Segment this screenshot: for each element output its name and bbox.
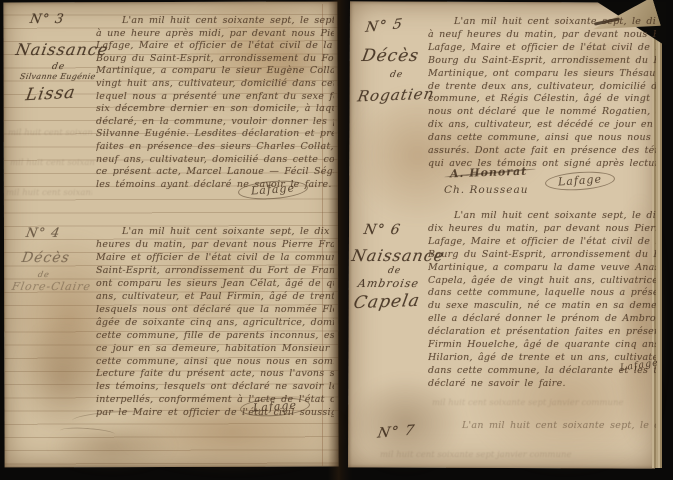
manuscript-line: ce jour en sa demeure, habitation Monsie… — [96, 343, 334, 356]
binding-gutter — [328, 0, 352, 480]
manuscript-line: à une heure après midi, par devant nous … — [96, 28, 334, 41]
entry-name-small: Silvanne Eugénie — [19, 72, 96, 81]
manuscript-line: heures du matin, par devant nous Pierre … — [96, 239, 334, 252]
mayor-signature: Lafage — [238, 181, 308, 199]
manuscript-line: du sexe masculin, né ce matin en sa deme… — [428, 300, 656, 313]
manuscript-line: Firmin Houelche, âgé de quarante cinq an… — [428, 339, 656, 352]
signature-flourish: Lafage — [239, 396, 310, 419]
act-paragraph: L'an mil huit cent soixante sept, le dix… — [436, 420, 656, 433]
manuscript-line: assurés. Dont acte fait en présence des … — [428, 145, 656, 158]
manuscript-line: âgée de soixante cinq ans, agricultrice,… — [96, 317, 334, 330]
manuscript-line: L'an mil huit cent soixante sept, le dix… — [436, 420, 656, 433]
manuscript-line: L'an mil huit cent soixante sept, le dix… — [428, 16, 656, 29]
manuscript-line: nous ont déclaré que le nommé Rogatien, … — [428, 106, 656, 119]
entry-name-small: Flore-Claire — [11, 280, 92, 293]
manuscript-line: Maire et officier de l'état civil de la … — [96, 252, 334, 265]
manuscript-line: Martinique, a comparu le sieur Eugène Co… — [96, 65, 334, 78]
entry-de-label: de — [387, 266, 402, 276]
manuscript-line: à neuf heures du matin, par devant nous … — [428, 29, 656, 42]
manuscript-line: faites en présence des sieurs Charles Co… — [96, 141, 334, 154]
ink-bleed-through: mil huit cent soixante sept janvier comm… — [6, 188, 92, 198]
manuscript-line: six décembre dernier en son domicile, à … — [96, 103, 334, 116]
ink-bleed-through: mil huit cent soixante sept janvier comm… — [10, 158, 94, 168]
entry-number: N° 3 — [29, 12, 66, 27]
manuscript-line: L'an mil huit cent soixante sept, le sep… — [96, 15, 334, 28]
manuscript-line: déclaré ne savoir le faire. — [428, 378, 656, 391]
signature-flourish: Lafage — [237, 179, 308, 202]
manuscript-line: dix heures du matin, par devant nous Pie… — [428, 223, 656, 236]
manuscript-line: déclaré, en la commune, vouloir donner l… — [96, 116, 334, 129]
act-paragraph: L'an mil huit cent soixante sept, le dix… — [428, 16, 656, 171]
ink-bleed-through: mil huit cent soixante sept janvier comm… — [432, 398, 632, 408]
entry-type-label: Décès — [360, 46, 421, 66]
manuscript-line: dans cette commune, ainsi que nous nous … — [428, 132, 656, 145]
manuscript-line: Lafage, Maire et officier de l'état civi… — [96, 40, 334, 53]
manuscript-line: Lafage, Maire et officier de l'état civi… — [428, 42, 656, 55]
entry-name-small: Ambroise — [357, 277, 420, 290]
manuscript-line: déclaration et présentation faites en pr… — [428, 326, 656, 339]
manuscript-line: Silvanne Eugénie. Lesdites déclaration e… — [96, 128, 334, 141]
manuscript-line: ans, cultivateur, et Paul Firmin, âgé de… — [96, 291, 334, 304]
manuscript-line: Bourg du Saint-Esprit, arrondissement du… — [428, 249, 656, 262]
manuscript-line: Martinique, ont comparu les sieurs Thésa… — [428, 68, 656, 81]
manuscript-line: lequel nous a présenté une enfant du sex… — [96, 91, 334, 104]
manuscript-line: ce présent acte, Marcel Lanoue — Fécil S… — [96, 166, 334, 179]
manuscript-line: dans cette commune, laquelle nous a prés… — [428, 287, 656, 300]
entry-name-large: Rogatien — [356, 85, 436, 106]
ink-bleed-through: mil huit cent soixante sept janvier comm… — [8, 128, 92, 138]
manuscript-line: cette commune, fille de parents inconnus… — [96, 330, 334, 343]
manuscript-line: Bourg du Saint-Esprit, arrondissement du… — [96, 53, 334, 66]
entry-number: N° 6 — [363, 222, 402, 238]
entry-name-large: Lissa — [24, 83, 77, 106]
mayor-signature: Lafage — [545, 172, 615, 190]
signature-flourish: Lafage — [544, 170, 615, 193]
entry-de-label: de — [389, 70, 404, 80]
manuscript-line: Martinique, a comparu la dame veuve Anas… — [428, 262, 656, 275]
manuscript-line: neuf ans, cultivateur, domicilié dans ce… — [96, 154, 334, 167]
register-scan: mil huit cent soixante sept janvier comm… — [0, 0, 673, 480]
manuscript-line: ont comparu les sieurs Jean Célat, âgé d… — [96, 278, 334, 291]
entry-number: N° 4 — [25, 226, 62, 241]
manuscript-line: Capela, âgée de vingt huit ans, cultivat… — [428, 275, 656, 288]
manuscript-line: de trente deux ans, cultivateur, domicil… — [428, 81, 656, 94]
manuscript-line: Bourg du Saint-Esprit, arrondissement du… — [428, 55, 656, 68]
witness-signature: Ch. Rousseau — [444, 184, 528, 196]
ink-bleed-through: mil huit cent soixante sept janvier comm… — [380, 450, 620, 460]
manuscript-line: vingt huit ans, cultivateur, domicilié d… — [96, 78, 334, 91]
manuscript-line: dix ans, cultivateur, est décédé ce jour… — [428, 119, 656, 132]
entry-name-large: Capela — [352, 291, 422, 313]
entry-type-label: Décès — [21, 250, 72, 266]
manuscript-line: lesquels nous ont déclaré que la nommée … — [96, 304, 334, 317]
manuscript-line: L'an mil huit cent soixante sept, le dix… — [96, 226, 334, 239]
manuscript-line: elle a déclaré donner le prénom de Ambro… — [428, 313, 656, 326]
entry-de-label: de — [51, 62, 66, 72]
mayor-signature: Lafage — [240, 398, 310, 416]
manuscript-line: les témoins, lesquels ont déclaré ne sav… — [96, 381, 334, 394]
act-paragraph: L'an mil huit cent soixante sept, le sep… — [96, 15, 334, 191]
manuscript-line: commune, et Régis Célestin, âgé de vingt… — [428, 93, 656, 106]
manuscript-line: Lafage, Maire et officier de l'état civi… — [428, 236, 656, 249]
manuscript-line: Lecture faite du présent acte, nous l'av… — [96, 368, 334, 381]
manuscript-line: Saint-Esprit, arrondissement du Fort de … — [96, 265, 334, 278]
manuscript-line: L'an mil huit cent soixante sept, le dix… — [428, 210, 656, 223]
manuscript-line: cette commune, ainsi que nous nous en so… — [96, 356, 334, 369]
act-paragraph: L'an mil huit cent soixante sept, le dix… — [96, 226, 334, 420]
entry-de-label: de — [37, 270, 50, 279]
